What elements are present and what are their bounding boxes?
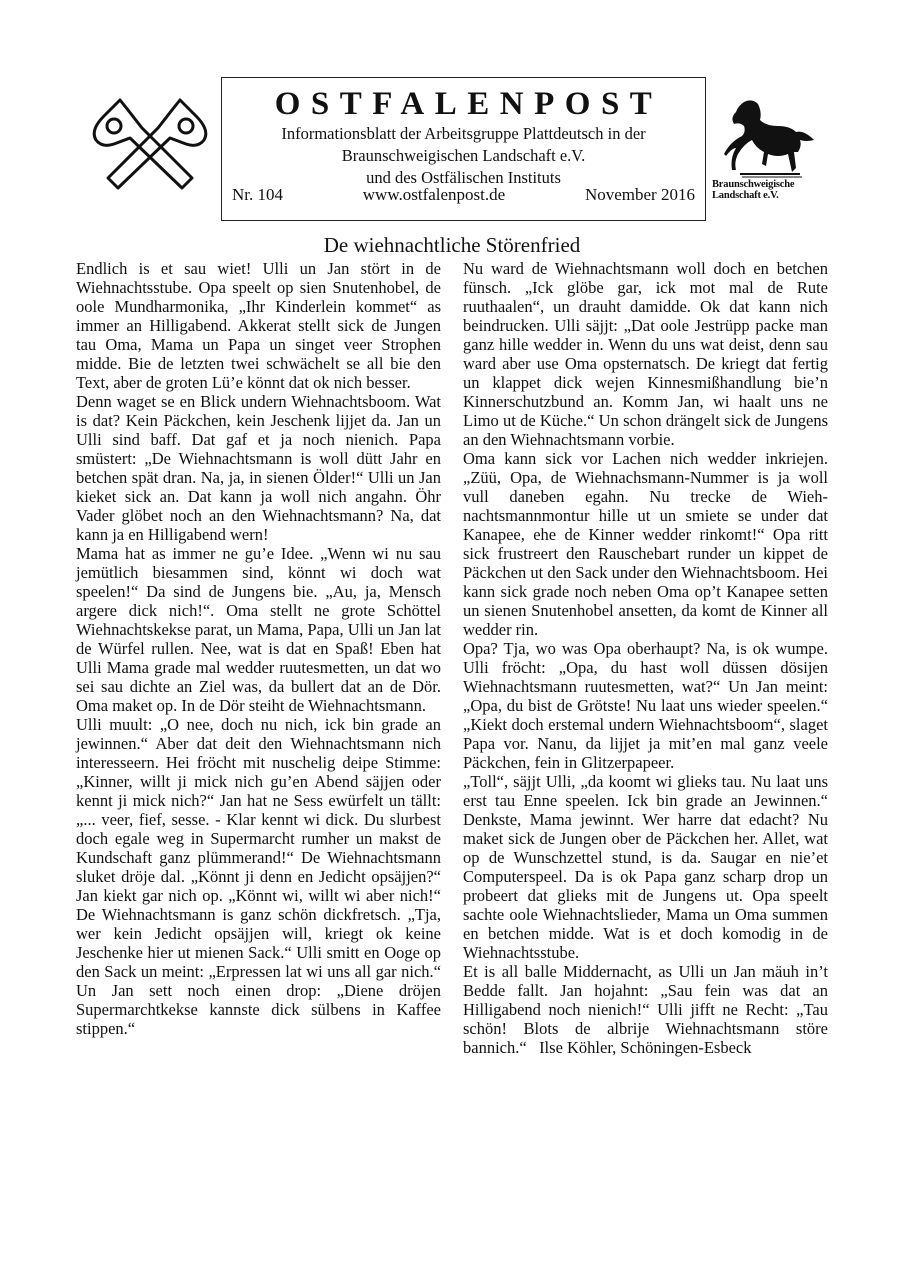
rearing-horse-icon (722, 96, 818, 180)
masthead-footer: Nr. 104 www.ostfalenpost.de November 201… (232, 185, 695, 205)
crossed-keys-logo (84, 92, 216, 196)
paragraph: Nu ward de Wiehnachtsmann woll doch en b… (463, 259, 828, 449)
braunschweigische-landschaft-logo: Braunschweigische Landschaft e.V. (712, 96, 828, 208)
issue-date: November 2016 (585, 185, 695, 205)
article-column-left: Endlich is et sau wiet! Ulli un Jan stör… (76, 259, 441, 1038)
masthead: OSTFALENPOST Informationsblatt der Arbei… (221, 77, 706, 221)
crossed-keys-icon (84, 92, 216, 196)
paragraph-final: Et is all balle Middernacht, as Ulli un … (463, 962, 828, 1057)
paragraph: Endlich is et sau wiet! Ulli un Jan stör… (76, 259, 441, 392)
article-title: De wiehnachtliche Störenfried (0, 232, 904, 258)
article-column-right: Nu ward de Wiehnachtsmann woll doch en b… (463, 259, 828, 1057)
paragraph: Denn waget se en Blick undern Wiehnachts… (76, 392, 441, 544)
logo-label-line-2: Landschaft e.V. (712, 189, 828, 202)
issue-number: Nr. 104 (232, 185, 283, 205)
subtitle-line-1: Informationsblatt der Arbeitsgruppe Plat… (222, 124, 705, 144)
website-link[interactable]: www.ostfalenpost.de (363, 185, 505, 205)
subtitle-line-2: Braunschweigischen Landschaft e.V. (222, 146, 705, 166)
paragraph: Oma kann sick vor Lachen nich wedder ink… (463, 449, 828, 639)
paragraph: Mama hat as immer ne gu’e Idee. „Wenn wi… (76, 544, 441, 715)
publication-title: OSTFALENPOST (222, 86, 705, 122)
paragraph: „Toll“, säjjt Ulli, „da koomt wi glieks … (463, 772, 828, 962)
paragraph: Ulli muult: „O nee, doch nu nich, ick bi… (76, 715, 441, 1038)
paragraph: Opa? Tja, wo was Opa oberhaupt? Na, is o… (463, 639, 828, 772)
author-signature: Ilse Köhler, Schöningen-Esbeck (539, 1038, 751, 1057)
